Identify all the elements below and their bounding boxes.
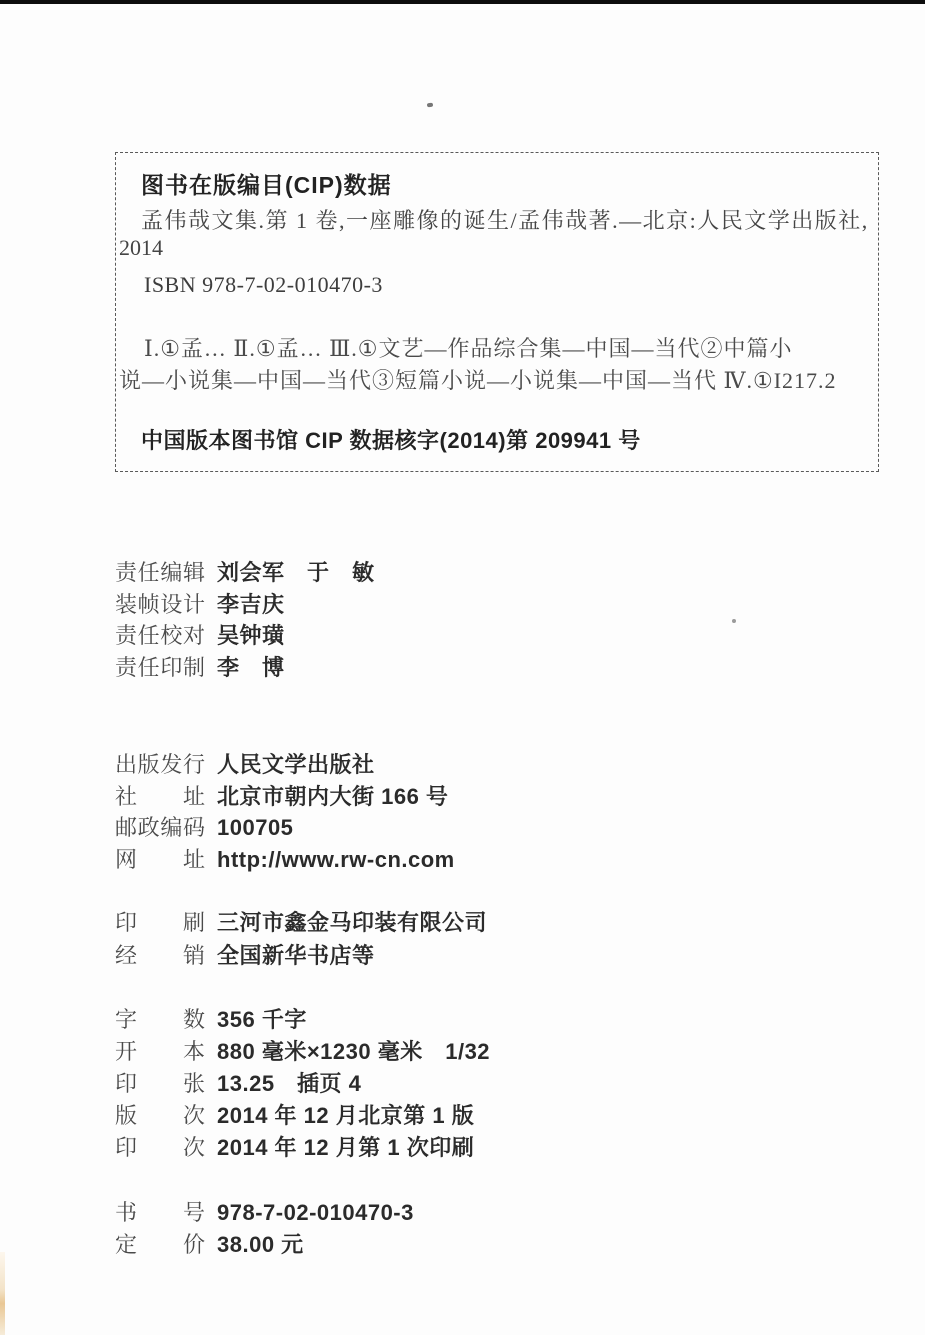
printing-label: 印刷 [115,906,205,937]
spec-row: 印张 13.25 插页 4 [115,1067,490,1099]
credit-value: 李吉庆 [217,588,285,619]
credit-row: 责任校对 吴钟璜 [115,619,375,651]
credit-row: 装帧设计 李吉庆 [115,588,375,620]
publisher-value: 北京市朝内大街 166 号 [217,780,448,811]
spec-value: 880 毫米×1230 毫米 1/32 [217,1035,490,1066]
cip-classification-line2: 说—小说集—中国—当代③短篇小说—小说集—中国—当代 Ⅳ.①I217.2 [119,364,837,395]
specs-section: 字数 356 千字 开本 880 毫米×1230 毫米 1/32 印张 13.2… [115,1003,490,1163]
credits-section: 责任编辑 刘会军 于 敏 装帧设计 李吉庆 责任校对 吴钟璜 责任印制 李 博 [115,556,375,683]
book-number-label: 书号 [115,1196,205,1227]
cip-classification-line1: Ⅰ.①孟… Ⅱ.①孟… Ⅲ.①文艺—作品综合集—中国—当代②中篇小 [144,332,793,363]
book-number-value: 978-7-02-010470-3 [217,1200,414,1226]
printing-row: 经销 全国新华书店等 [115,939,487,972]
credit-value: 吴钟璜 [217,619,285,650]
publisher-row: 出版发行 人民文学出版社 [115,748,455,780]
book-info-row: 书号 978-7-02-010470-3 [115,1196,414,1228]
publisher-row: 邮政编码 100705 [115,811,455,843]
credit-label: 装帧设计 [115,588,205,619]
publisher-section: 出版发行 人民文学出版社 社址 北京市朝内大街 166 号 邮政编码 10070… [115,748,455,875]
spec-label: 印次 [115,1131,205,1162]
cip-description-line1: 孟伟哉文集.第 1 卷,一座雕像的诞生/孟伟哉著.—北京:人民文学出版社, [141,204,869,235]
spec-value: 2014 年 12 月北京第 1 版 [217,1099,474,1130]
printing-row: 印刷 三河市鑫金马印装有限公司 [115,906,487,939]
website-url: http://www.rw-cn.com [217,847,455,873]
scan-page-edge [0,1252,5,1335]
spec-row: 字数 356 千字 [115,1003,490,1035]
cip-record-number: 中国版本图书馆 CIP 数据核字(2014)第 209941 号 [141,424,641,455]
spec-label: 字数 [115,1003,205,1034]
publisher-row: 社址 北京市朝内大街 166 号 [115,780,455,812]
publisher-label: 社址 [115,780,205,811]
spec-row: 开本 880 毫米×1230 毫米 1/32 [115,1035,490,1067]
credit-value: 李 博 [217,651,285,682]
publisher-value: 人民文学出版社 [217,748,375,779]
publisher-value: 100705 [217,815,293,841]
book-info-section: 书号 978-7-02-010470-3 定价 38.00 元 [115,1196,414,1260]
credit-row: 责任印制 李 博 [115,651,375,683]
spec-row: 印次 2014 年 12 月第 1 次印刷 [115,1131,490,1163]
credit-label: 责任印制 [115,651,205,682]
spec-label: 印张 [115,1067,205,1098]
credit-label: 责任编辑 [115,556,205,587]
printing-section: 印刷 三河市鑫金马印装有限公司 经销 全国新华书店等 [115,906,487,971]
cip-isbn: ISBN 978-7-02-010470-3 [144,272,383,298]
printing-value: 三河市鑫金马印装有限公司 [217,906,487,937]
scan-speck [732,619,736,623]
spec-label: 版次 [115,1099,205,1130]
credit-row: 责任编辑 刘会军 于 敏 [115,556,375,588]
spec-label: 开本 [115,1035,205,1066]
cip-data-box: 图书在版编目(CIP)数据 孟伟哉文集.第 1 卷,一座雕像的诞生/孟伟哉著.—… [115,152,879,472]
spec-value: 356 千字 [217,1003,307,1034]
spec-value: 13.25 插页 4 [217,1067,361,1098]
credit-value: 刘会军 于 敏 [217,556,375,587]
publisher-row: 网址 http://www.rw-cn.com [115,843,455,875]
price-label: 定价 [115,1228,205,1259]
spec-value: 2014 年 12 月第 1 次印刷 [217,1131,474,1162]
printing-label: 经销 [115,939,205,970]
publisher-label: 邮政编码 [115,811,205,842]
cip-description-line2: 2014 [119,235,163,261]
price-value: 38.00 元 [217,1228,304,1259]
cip-heading: 图书在版编目(CIP)数据 [141,167,392,200]
book-info-row: 定价 38.00 元 [115,1228,414,1260]
scan-speck [427,103,433,108]
credit-label: 责任校对 [115,619,205,650]
scan-top-edge [0,0,925,4]
publisher-label: 网址 [115,843,205,874]
spec-row: 版次 2014 年 12 月北京第 1 版 [115,1099,490,1131]
publisher-label: 出版发行 [115,748,205,779]
printing-value: 全国新华书店等 [217,939,375,970]
